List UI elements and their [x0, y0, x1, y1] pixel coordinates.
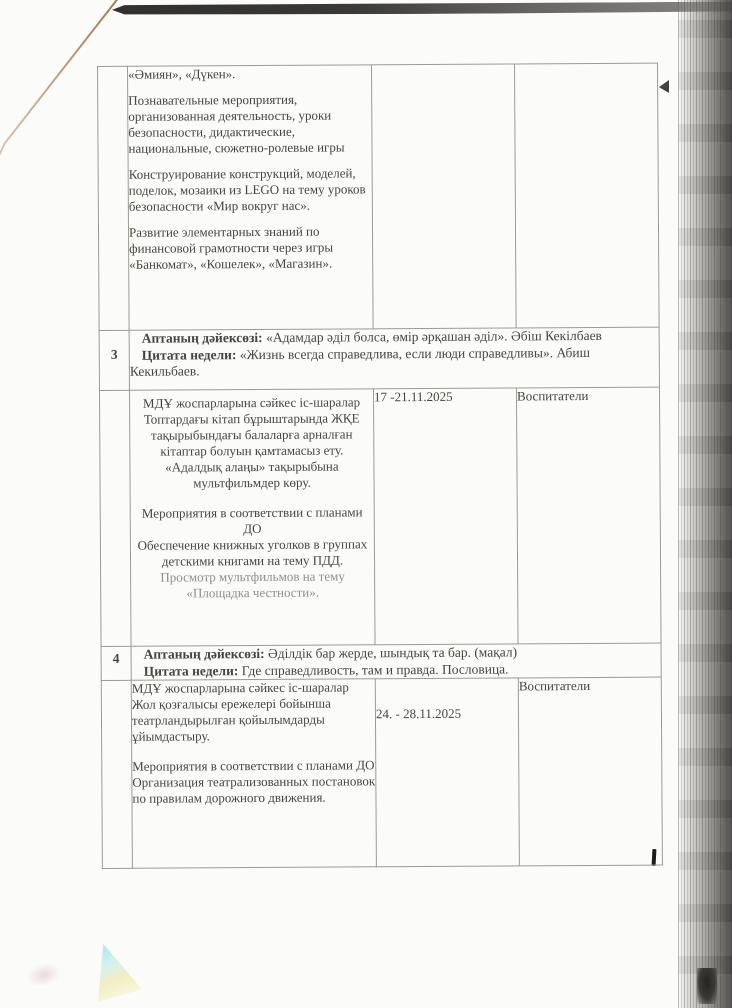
activity-ru: Обеспечение книжных уголков в группах де…: [136, 536, 369, 569]
quote-ru-text: Где справедливость, там и правда. Послов…: [238, 661, 508, 678]
row-number-cell: [98, 66, 130, 330]
scan-edge-right: [678, 0, 732, 1008]
scan-edge-top: [112, 2, 732, 16]
scan-mark-flag: [659, 80, 669, 93]
row-number-cell: [99, 390, 131, 646]
row-number-cell: [101, 680, 132, 868]
activity-kk: МДҰ жоспарларына сәйкес іс-шаралар: [135, 394, 368, 411]
table-row-week3-content: МДҰ жоспарларына сәйкес іс-шаралар Топта…: [99, 387, 661, 646]
quote-kk-label: Аптаның дәйексөзі:: [144, 646, 265, 662]
quote-ru-label: Цитата недели:: [144, 663, 239, 679]
row-number-cell: 3: [99, 330, 129, 390]
weekly-plan-table: «Әмиян», «Дүкен». Познавательные меропри…: [97, 63, 663, 869]
responsible-cell-empty: [514, 63, 659, 328]
paragraph: Конструирование конструкций, моделей, по…: [129, 165, 372, 214]
quote-russian: Цитата недели: «Жизнь всегда справедлива…: [130, 344, 659, 380]
responsible-cell: Воспитатели: [518, 677, 662, 866]
quote-kk-label: Аптаның дәйексөзі:: [142, 330, 263, 346]
date-cell: 24. - 28.11.2025: [375, 678, 519, 867]
activities-cell: МДҰ жоспарларына сәйкес іс-шаралар Топта…: [129, 389, 375, 646]
activity-ru: Мероприятия в соответствии с планами ДО: [136, 504, 369, 537]
date-cell-empty: [371, 64, 516, 329]
activity-ru: Организация театрализованных постановок …: [132, 773, 375, 806]
activity-kk: МДҰ жоспарларына сәйкес іс-шаралар: [132, 679, 375, 696]
quote-ru-label: Цитата недели:: [142, 347, 237, 363]
responsible-cell: Воспитатели: [516, 387, 661, 644]
table-row-week4-content: МДҰ жоспарларына сәйкес іс-шаралар Жол қ…: [101, 677, 662, 868]
row-number-cell: 4: [101, 646, 131, 680]
table-row-week3-quote: 3 Аптаның дәйексөзі: «Адамдар әділ болса…: [99, 327, 659, 390]
crease-line-faint: [0, 142, 6, 181]
quote-kk-text: Әділдік бар жерде, шындық та бар. (мақал…: [265, 644, 518, 661]
quote-kk-text: «Адамдар әділ болса, өмір әрқашан әділ».…: [263, 328, 602, 345]
scan-smudge: [24, 960, 64, 991]
paragraph: Развитие элементарных знаний по финансов…: [129, 223, 372, 272]
table-row-week4-quote: 4 Аптаның дәйексөзі: Әділдік бар жерде, …: [101, 643, 661, 680]
activities-cell: «Әмиян», «Дүкен». Познавательные меропри…: [128, 65, 374, 330]
paragraph-gap: [136, 490, 369, 505]
quote-cell: Аптаның дәйексөзі: Әділдік бар жерде, шы…: [131, 643, 661, 680]
activity-kk: Топтардағы кітап бұрыштарында ЖҚЕ тақыры…: [135, 410, 368, 459]
activities-cell: МДҰ жоспарларына сәйкес іс-шаралар Жол қ…: [131, 679, 376, 868]
date-cell: 17 -21.11.2025: [373, 388, 518, 645]
paragraph: Познавательные мероприятия, организованн…: [128, 91, 371, 156]
activity-ru: Мероприятия в соответствии с планами ДО: [132, 757, 375, 774]
paragraph: «Әмиян», «Дүкен».: [128, 65, 371, 82]
activity-kk: «Адалдық алаңы» тақырыбына мультфильмдер…: [135, 458, 368, 491]
activity-ru: Просмотр мультфильмов на тему «Площадка …: [136, 568, 369, 601]
scanned-page: «Әмиян», «Дүкен». Познавательные меропри…: [0, 0, 732, 1008]
scan-mark-blob: [697, 968, 717, 1004]
paragraph-gap: [132, 743, 375, 758]
quote-cell: Аптаның дәйексөзі: «Адамдар әділ болса, …: [129, 327, 659, 390]
color-triangle-mark: [98, 944, 142, 1002]
activity-kk: Жол қозғалысы ережелері бойынша театрлан…: [132, 695, 375, 744]
table-row-previous-content: «Әмиян», «Дүкен». Познавательные меропри…: [98, 63, 660, 330]
